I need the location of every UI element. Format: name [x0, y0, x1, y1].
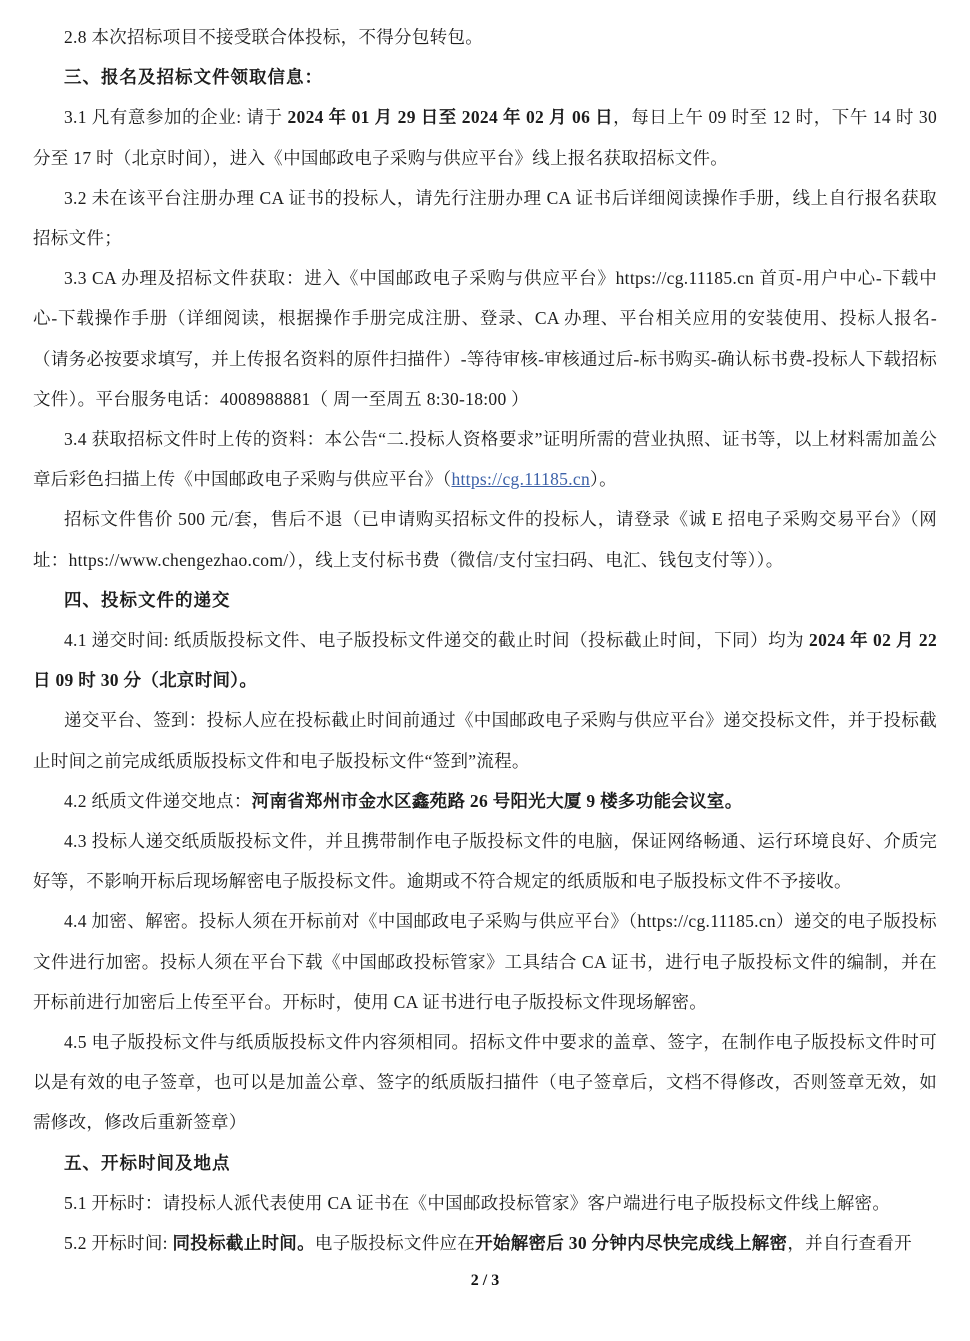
- document-body: 2.8 本次招标项目不接受联合体投标，不得分包转包。三、报名及招标文件领取信息：…: [33, 17, 937, 1263]
- text-run: 5.2 开标时间:: [64, 1233, 173, 1253]
- clause-5-2: 5.2 开标时间: 同投标截止时间。电子版投标文件应在开始解密后 30 分钟内尽…: [33, 1223, 937, 1263]
- text-run: 4.1 递交时间: 纸质版投标文件、电子版投标文件递交的截止时间（投标截止时间，…: [64, 630, 809, 650]
- text-run: 五、开标时间及地点: [64, 1153, 231, 1173]
- text-run: 电子版投标文件应在: [315, 1233, 475, 1253]
- text-run: 三、报名及招标文件领取信息：: [64, 67, 323, 87]
- tender-fee-paragraph: 招标文件售价 500 元/套，售后不退（已申请购买招标文件的投标人，请登录《诚 …: [33, 499, 937, 579]
- clause-4-1: 4.1 递交时间: 纸质版投标文件、电子版投标文件递交的截止时间（投标截止时间，…: [33, 620, 937, 700]
- text-run: 3.2 未在该平台注册办理 CA 证书的投标人，请先行注册办理 CA 证书后详细…: [33, 188, 937, 248]
- hyperlink-cg11185[interactable]: https://cg.11185.cn: [451, 469, 590, 489]
- clause-3-3: 3.3 CA 办理及招标文件获取：进入《中国邮政电子采购与供应平台》https:…: [33, 258, 937, 419]
- text-run: 递交平台、签到：投标人应在投标截止时间前通过《中国邮政电子采购与供应平台》递交投…: [33, 710, 937, 770]
- emphasis-text: 开始解密后 30 分钟内尽快完成线上解密: [475, 1233, 787, 1253]
- text-run: ）。: [590, 469, 617, 489]
- text-run: 4.5 电子版投标文件与纸质版投标文件内容须相同。招标文件中要求的盖章、签字，在…: [33, 1032, 937, 1132]
- clause-4-4: 4.4 加密、解密。投标人须在开标前对《中国邮政电子采购与供应平台》（https…: [33, 901, 937, 1022]
- text-run: 3.1 凡有意参加的企业: 请于: [64, 107, 287, 127]
- emphasis-text: 2024 年 01 月 29 日至 2024 年 02 月 06 日: [287, 107, 613, 127]
- text-run: 5.1 开标时：请投标人派代表使用 CA 证书在《中国邮政投标管家》客户端进行电…: [64, 1193, 890, 1213]
- clause-2-8: 2.8 本次招标项目不接受联合体投标，不得分包转包。: [33, 17, 937, 57]
- section-5-heading: 五、开标时间及地点: [33, 1143, 937, 1183]
- submission-platform-paragraph: 递交平台、签到：投标人应在投标截止时间前通过《中国邮政电子采购与供应平台》递交投…: [33, 700, 937, 780]
- clause-4-3: 4.3 投标人递交纸质版投标文件，并且携带制作电子版投标文件的电脑，保证网络畅通…: [33, 821, 937, 901]
- clause-4-2: 4.2 纸质文件递交地点：河南省郑州市金水区鑫苑路 26 号阳光大厦 9 楼多功…: [33, 781, 937, 821]
- text-run: 四、投标文件的递交: [64, 590, 231, 610]
- page-number: 2 / 3: [0, 1272, 970, 1290]
- text-run: 招标文件售价 500 元/套，售后不退（已申请购买招标文件的投标人，请登录《诚 …: [33, 509, 937, 569]
- clause-3-4: 3.4 获取招标文件时上传的资料：本公告“二.投标人资格要求”证明所需的营业执照…: [33, 419, 937, 499]
- text-run: ，并自行查看开: [787, 1233, 912, 1253]
- emphasis-text: 河南省郑州市金水区鑫苑路 26 号阳光大厦 9 楼多功能会议室。: [252, 791, 743, 811]
- section-4-heading: 四、投标文件的递交: [33, 580, 937, 620]
- clause-3-2: 3.2 未在该平台注册办理 CA 证书的投标人，请先行注册办理 CA 证书后详细…: [33, 178, 937, 258]
- document-page: { "colors": { "background": "#FFFFFF", "…: [0, 0, 970, 1341]
- clause-5-1: 5.1 开标时：请投标人派代表使用 CA 证书在《中国邮政投标管家》客户端进行电…: [33, 1183, 937, 1223]
- text-run: 4.2 纸质文件递交地点：: [64, 791, 252, 811]
- text-run: 4.4 加密、解密。投标人须在开标前对《中国邮政电子采购与供应平台》（https…: [33, 911, 937, 1011]
- clause-3-1: 3.1 凡有意参加的企业: 请于 2024 年 01 月 29 日至 2024 …: [33, 97, 937, 177]
- text-run: 4.3 投标人递交纸质版投标文件，并且携带制作电子版投标文件的电脑，保证网络畅通…: [33, 831, 937, 891]
- text-run: 2.8 本次招标项目不接受联合体投标，不得分包转包。: [64, 27, 483, 47]
- emphasis-text: 同投标截止时间。: [173, 1233, 315, 1253]
- clause-4-5: 4.5 电子版投标文件与纸质版投标文件内容须相同。招标文件中要求的盖章、签字，在…: [33, 1022, 937, 1143]
- text-run: 3.3 CA 办理及招标文件获取：进入《中国邮政电子采购与供应平台》https:…: [33, 268, 937, 409]
- section-3-heading: 三、报名及招标文件领取信息：: [33, 57, 937, 97]
